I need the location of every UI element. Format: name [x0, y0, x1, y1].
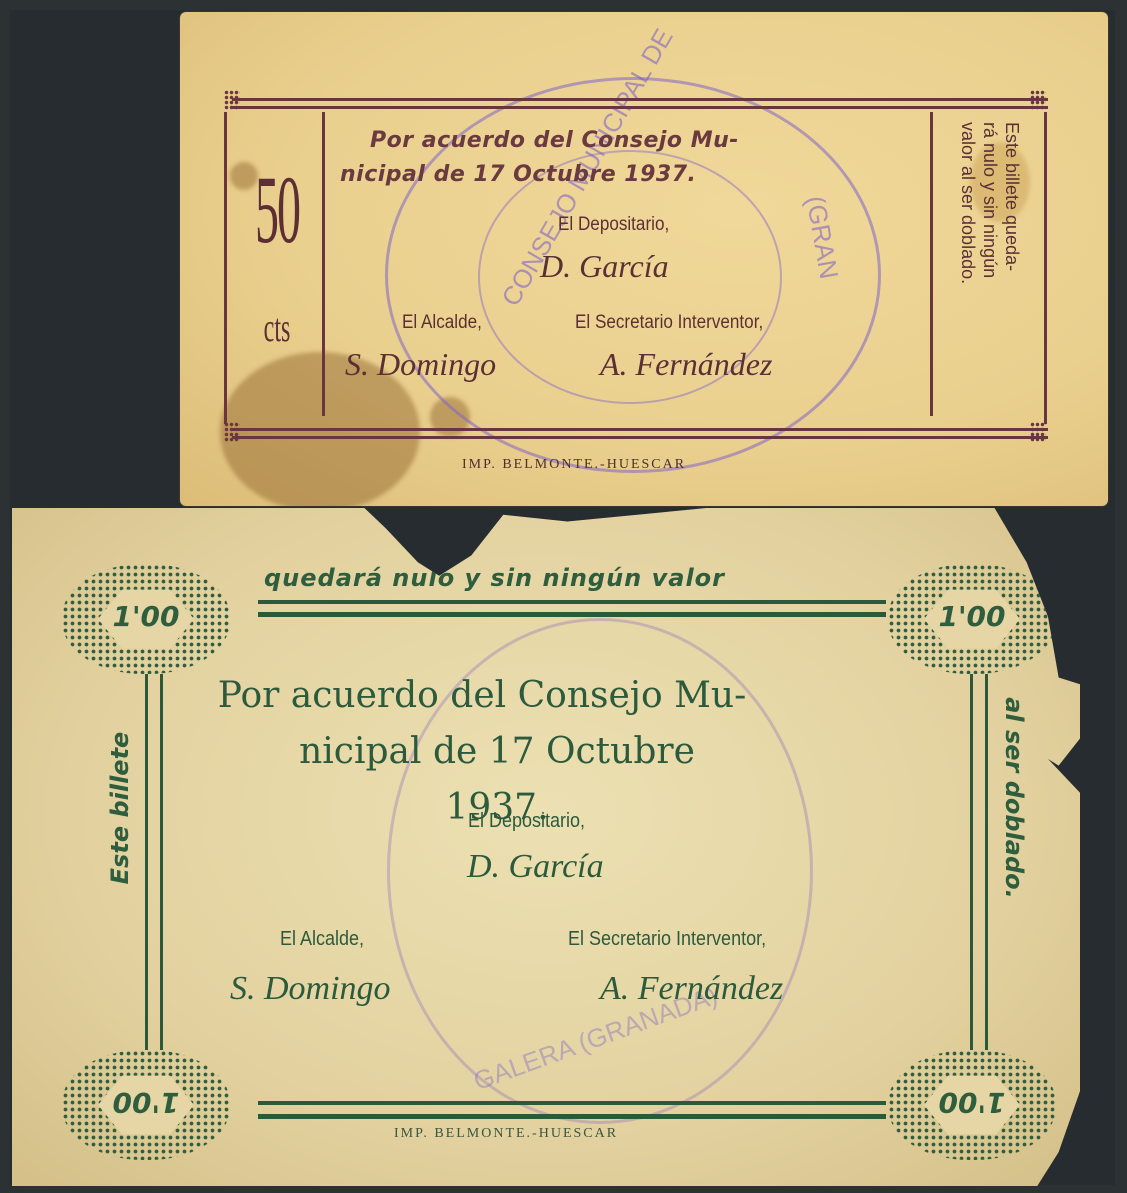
alcalde-signature: S. Domingo [345, 346, 496, 383]
denomination-value: 50 [255, 162, 300, 258]
frame-line [232, 436, 1048, 439]
secretario-label: El Secretario Interventor, [568, 928, 766, 951]
secretario-signature: A. Fernández [600, 970, 783, 1008]
alcalde-label: El Alcalde, [280, 928, 364, 951]
frame-line [224, 112, 227, 424]
corner-value: 1'00 [62, 1086, 230, 1119]
depositario-signature: D. García [467, 848, 604, 886]
frame-line [985, 674, 988, 1050]
printer-imprint: IMP. BELMONTE.-HUESCAR [462, 457, 686, 473]
corner-ornament [224, 422, 240, 442]
corner-ornament [1030, 90, 1046, 110]
side-warning-text: Este billete queda- rá nulo y sin ningún… [938, 117, 1042, 427]
frame-line [232, 428, 1048, 431]
frame-line [258, 1101, 886, 1105]
value-oval-top-right: 1'00 [888, 564, 1056, 674]
value-oval-bottom-left: 1'00 [62, 1050, 230, 1160]
frame-line [322, 112, 325, 416]
frame-line [258, 1114, 886, 1119]
alcalde-label: El Alcalde, [402, 312, 482, 334]
frame-line [258, 612, 886, 617]
heading-line-2: nicipal de 17 Octubre 1937. [340, 158, 930, 192]
heading-line-1: Por acuerdo del Consejo Mu- [340, 124, 930, 158]
denomination-unit: cts [250, 304, 304, 351]
corner-value: 1'00 [62, 600, 230, 633]
frame-line [232, 98, 1048, 101]
printer-imprint: IMP. BELMONTE.-HUESCAR [394, 1126, 618, 1142]
frame-line [145, 674, 148, 1050]
value-oval-bottom-right: 1'00 [888, 1050, 1056, 1160]
secretario-signature: A. Fernández [600, 346, 772, 383]
depositario-signature: D. García [540, 248, 669, 285]
corner-value: 1'00 [888, 600, 1056, 633]
secretario-label: El Secretario Interventor, [575, 312, 763, 334]
banknote-1-peseta: GALERA (GRANADA) 1'00 1'00 1'00 1'00 que… [12, 508, 1080, 1186]
frame-line [970, 674, 973, 1050]
top-warning-banner: quedará nulo y sin ningún valor [264, 564, 884, 592]
frame-line [160, 674, 163, 1050]
depositario-label: El Depositario, [468, 810, 585, 833]
heading-line-1: Por acuerdo del Consejo Mu- [212, 668, 752, 724]
depositario-label: El Depositario, [558, 214, 669, 236]
value-oval-top-left: 1'00 [62, 564, 230, 674]
frame-line [930, 112, 933, 416]
side-text-line-2: rá nulo y sin ningún [979, 122, 1001, 422]
banknote-50-cts: CONSEJO MUNICIPAL DE (GRAN 50 cts Por ac… [180, 12, 1108, 506]
resolution-heading: Por acuerdo del Consejo Mu- nicipal de 1… [340, 124, 930, 192]
frame-line [1044, 112, 1047, 424]
corner-value: 1'00 [888, 1086, 1056, 1119]
side-text-line-3: valor al ser doblado. [957, 122, 979, 422]
corner-ornament [224, 90, 240, 110]
frame-line [258, 600, 886, 604]
side-text-line-1: Este billete queda- [1001, 122, 1023, 422]
alcalde-signature: S. Domingo [230, 970, 391, 1008]
frame-line [232, 106, 1048, 109]
